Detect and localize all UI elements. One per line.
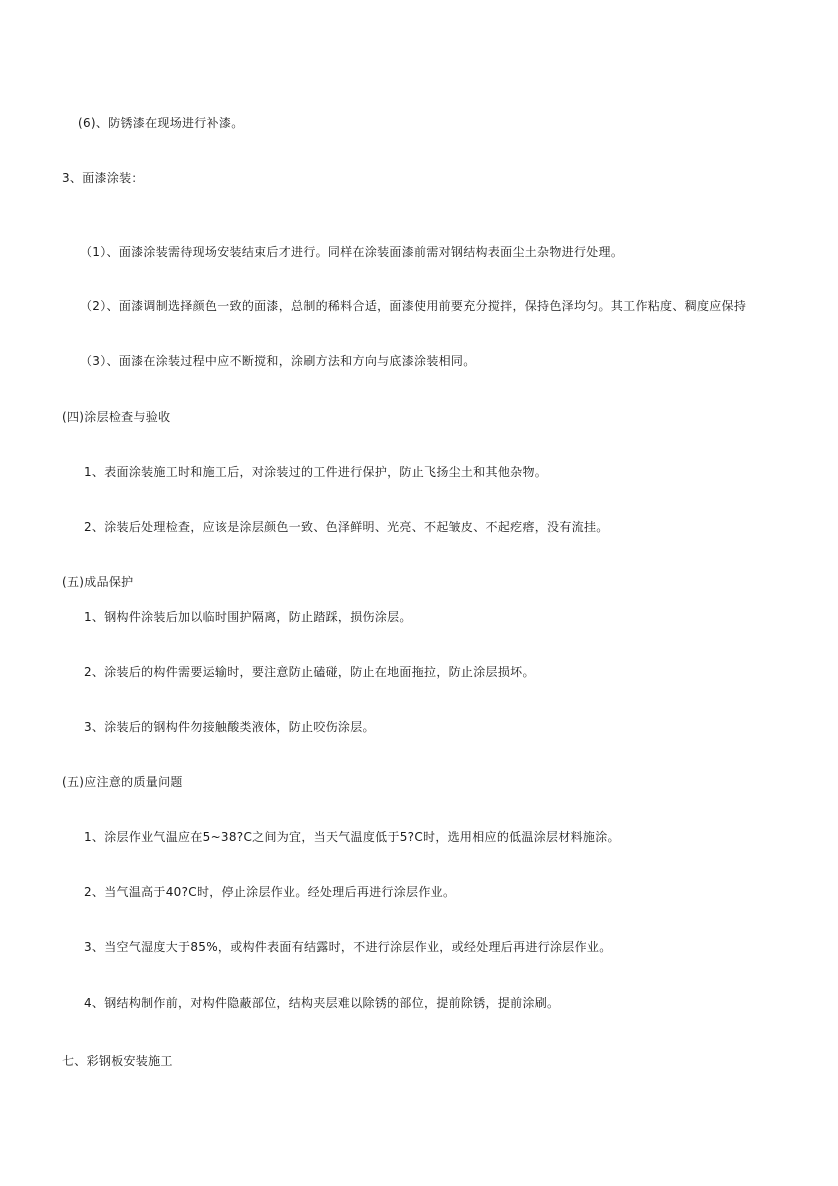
section-heading-quality-issues: (五)应注意的质量问题 (62, 774, 183, 790)
list-item-quality-1: 1、涂层作业气温应在5~38?C之间为宜，当天气温度低于5?C时，选用相应的低温… (84, 829, 620, 845)
section-heading-color-steel-installation: 七、彩钢板安装施工 (62, 1053, 173, 1069)
list-item-quality-2: 2、当气温高于40?C时，停止涂层作业。经处理后再进行涂层作业。 (84, 884, 455, 900)
list-item-topcoat-1: （1）、面漆涂装需待现场安装结束后才进行。同样在涂装面漆前需对钢结构表面尘土杂物… (80, 244, 623, 260)
list-item-topcoat-2: （2）、面漆调制选择颜色一致的面漆，总制的稀料合适，面漆使用前要充分搅拌，保持色… (80, 298, 780, 314)
list-item-protection-1: 1、钢构件涂装后加以临时围护隔离，防止踏踩，损伤涂层。 (84, 609, 412, 625)
list-item-quality-4: 4、钢结构制作前，对构件隐蔽部位，结构夹层难以除锈的部位，提前除锈，提前涂刷。 (84, 995, 559, 1011)
document-page: (6)、防锈漆在现场进行补漆。 3、面漆涂装： （1）、面漆涂装需待现场安装结束… (0, 0, 838, 1186)
section-heading-product-protection: (五)成品保护 (62, 574, 133, 590)
list-item-topcoat-3: （3）、面漆在涂装过程中应不断搅和，涂刷方法和方向与底漆涂装相同。 (80, 353, 476, 369)
list-item-inspection-2: 2、涂装后处理检查，应该是涂层颜色一致、色泽鲜明、光亮、不起皱皮、不起疙瘩，没有… (84, 519, 609, 535)
section-heading-inspection: (四)涂层检查与验收 (62, 409, 170, 425)
list-item-protection-3: 3、涂装后的钢构件勿接触酸类液体，防止咬伤涂层。 (84, 719, 375, 735)
list-item-protection-2: 2、涂装后的构件需要运输时，要注意防止磕碰，防止在地面拖拉，防止涂层损坏。 (84, 664, 535, 680)
list-item-touch-up-primer: (6)、防锈漆在现场进行补漆。 (78, 115, 244, 131)
list-item-quality-3: 3、当空气湿度大于85%，或构件表面有结露时，不进行涂层作业，或经处理后再进行涂… (84, 939, 612, 955)
list-item-inspection-1: 1、表面涂装施工时和施工后，对涂装过的工件进行保护，防止飞扬尘土和其他杂物。 (84, 464, 547, 480)
subheading-topcoat-painting: 3、面漆涂装： (62, 170, 144, 186)
